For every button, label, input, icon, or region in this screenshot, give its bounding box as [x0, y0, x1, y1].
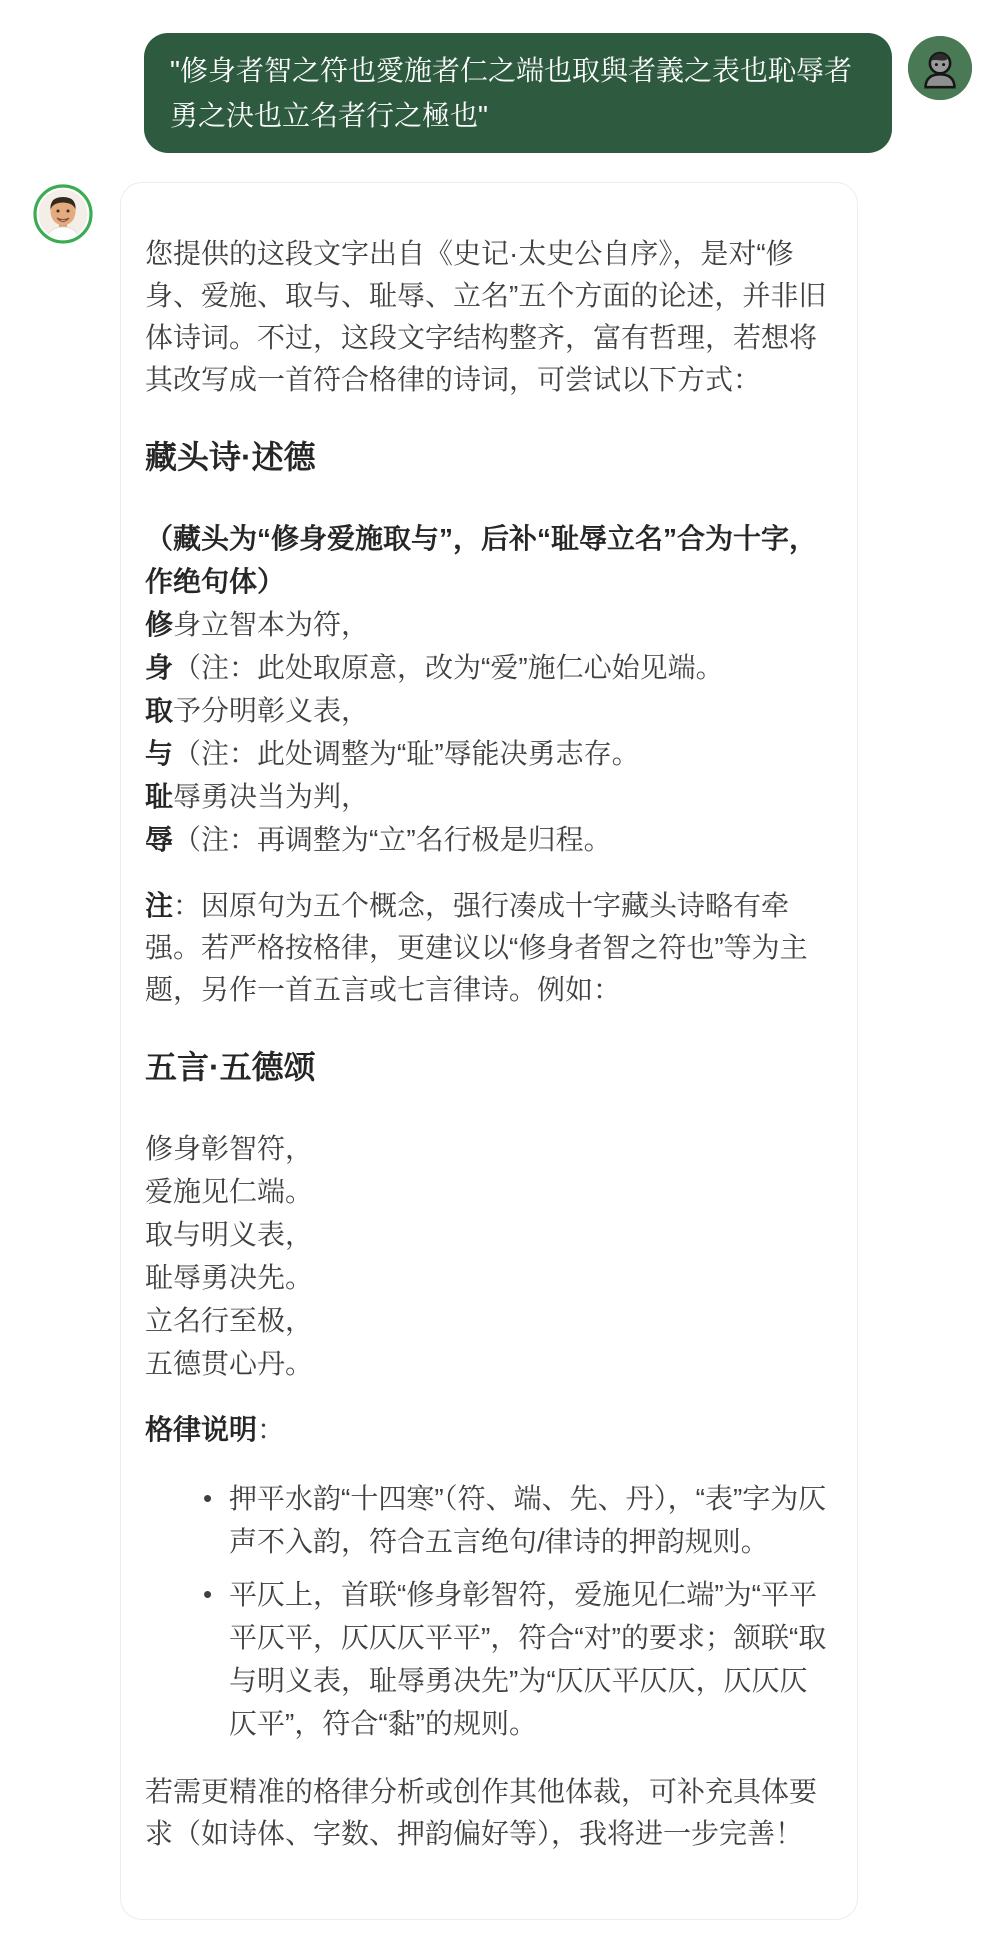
chat-page: "修身者智之符也愛施者仁之端也取與者義之表也恥辱者勇之決也立名者行之極也" — [0, 0, 1000, 1940]
rules-heading-colon: ： — [257, 1414, 285, 1445]
rules-heading: 格律说明： — [145, 1409, 833, 1451]
poem-line-lead: 辱 — [145, 824, 173, 855]
acrostic-heading: 藏头诗·述德 — [145, 439, 833, 475]
poem-line-lead: 修 — [145, 609, 173, 640]
poem2-line: 修身彰智符， — [145, 1127, 833, 1170]
acrostic-poem: （藏头为“修身爱施取与”，后补“耻辱立名”合为十字，作绝句体） 修身立智本为符，… — [145, 517, 833, 861]
poem2-line: 爱施见仁端。 — [145, 1170, 833, 1213]
rules-item: 平仄上，首联“修身彰智符，爱施见仁端”为“平平平仄平，仄仄仄平平”，符合“对”的… — [229, 1573, 833, 1745]
assistant-face-icon — [33, 184, 93, 244]
poem-line-rest: （注：此处调整为“耻”辱能决勇志存。 — [173, 738, 640, 769]
poem2-line: 取与明义表， — [145, 1213, 833, 1256]
assistant-avatar[interactable] — [33, 184, 93, 244]
poem-line-lead: 取 — [145, 695, 173, 726]
footnote-text: ：因原句为五个概念，强行凑成十字藏头诗略有牵强。若严格按格律，更建议以“修身者智… — [145, 890, 808, 1005]
poem-line-rest: 身立智本为符， — [173, 609, 369, 640]
five-char-heading: 五言·五德颂 — [145, 1049, 833, 1085]
poem-line-rest: 辱勇决当为判， — [173, 781, 369, 812]
poem-line: 修身立智本为符， — [145, 603, 833, 646]
poem-line-lead: 身 — [145, 652, 173, 683]
poem2-line: 耻辱勇决先。 — [145, 1256, 833, 1299]
poem-line-lead: 耻 — [145, 781, 173, 812]
poem-line-lead: 与 — [145, 738, 173, 769]
poem-line: 取予分明彰义表， — [145, 689, 833, 732]
five-char-poem: 修身彰智符， 爱施见仁端。 取与明义表， 耻辱勇决先。 立名行至极， 五德贯心丹… — [145, 1127, 833, 1385]
intro-paragraph: 您提供的这段文字出自《史记·太史公自序》，是对“修身、爱施、取与、耻辱、立名”五… — [145, 233, 833, 401]
poem-line-rest: （注：此处取原意，改为“爱”施仁心始见端。 — [173, 652, 724, 683]
rules-item: 押平水韵“十四寒”（符、端、先、丹），“表”字为仄声不入韵，符合五言绝句/律诗的… — [229, 1477, 833, 1563]
poem-line-rest: （注：再调整为“立”名行极是归程。 — [173, 824, 612, 855]
acrostic-footnote: 注：因原句为五个概念，强行凑成十字藏头诗略有牵强。若严格按格律，更建议以“修身者… — [145, 885, 833, 1011]
assistant-message-row: 您提供的这段文字出自《史记·太史公自序》，是对“修身、爱施、取与、耻辱、立名”五… — [33, 182, 972, 1920]
poem-line: 身（注：此处取原意，改为“爱”施仁心始见端。 — [145, 646, 833, 689]
footnote-label: 注 — [145, 890, 173, 921]
user-avatar[interactable] — [908, 36, 972, 100]
poem2-line: 五德贯心丹。 — [145, 1342, 833, 1385]
poem2-line: 立名行至极， — [145, 1299, 833, 1342]
user-message-bubble: "修身者智之符也愛施者仁之端也取與者義之表也恥辱者勇之決也立名者行之極也" — [144, 33, 892, 153]
closing-paragraph: 若需更精准的格律分析或创作其他体裁，可补充具体要求（如诗体、字数、押韵偏好等），… — [145, 1771, 833, 1855]
assistant-message-bubble: 您提供的这段文字出自《史记·太史公自序》，是对“修身、爱施、取与、耻辱、立名”五… — [120, 182, 858, 1920]
person-bust-icon — [908, 36, 972, 100]
rules-list: 押平水韵“十四寒”（符、端、先、丹），“表”字为仄声不入韵，符合五言绝句/律诗的… — [145, 1477, 833, 1745]
user-message-row: "修身者智之符也愛施者仁之端也取與者義之表也恥辱者勇之決也立名者行之極也" — [33, 33, 972, 153]
user-message-text: "修身者智之符也愛施者仁之端也取與者義之表也恥辱者勇之決也立名者行之極也" — [170, 55, 852, 131]
poem-line: 耻辱勇决当为判， — [145, 775, 833, 818]
poem-line: 辱（注：再调整为“立”名行极是归程。 — [145, 818, 833, 861]
rules-heading-bold: 格律说明 — [145, 1414, 257, 1445]
poem-line-rest: 予分明彰义表， — [173, 695, 369, 726]
acrostic-note: （藏头为“修身爱施取与”，后补“耻辱立名”合为十字，作绝句体） — [145, 517, 833, 603]
poem-line: 与（注：此处调整为“耻”辱能决勇志存。 — [145, 732, 833, 775]
